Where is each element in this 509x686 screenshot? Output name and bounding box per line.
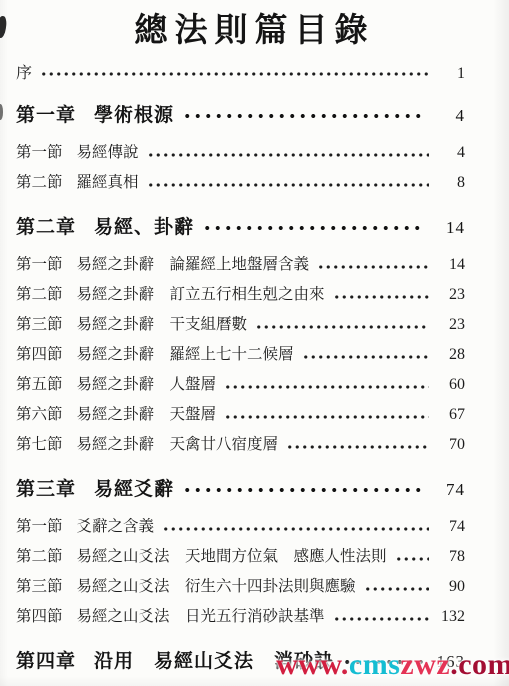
toc-entry-number: 第三節 — [16, 312, 63, 334]
toc-entry-title: 易經之山爻法 天地間方位氣 感應人性法則 — [77, 544, 387, 566]
watermark-segment: .com — [450, 648, 509, 681]
toc-entry-title: 易經之卦辭 羅經上七十二候層 — [77, 342, 294, 364]
toc-entry-number: 第一節 — [16, 514, 63, 536]
watermark-segment: www. — [276, 648, 349, 681]
toc-entry-title: 易經傳說 — [77, 140, 139, 162]
toc-entry-title: 序 — [16, 60, 32, 83]
toc-entry-title: 易經之卦辭 人盤層 — [77, 372, 217, 394]
dot-leader — [286, 443, 429, 451]
toc-row: 第七節 易經之卦辭 天禽廿八宿度層 70 — [16, 432, 465, 462]
toc-entry-title: 易經之卦辭 干支組曆數 — [77, 312, 248, 334]
toc-row: 第一節 爻辭之含義 74 — [16, 514, 465, 544]
toc-entry-number: 第三章 — [16, 474, 76, 501]
toc-entry-number: 第一章 — [16, 100, 76, 127]
toc-entry-title: 易經之卦辭 天盤層 — [77, 402, 217, 424]
dot-leader — [40, 70, 429, 78]
dot-leader — [147, 151, 429, 159]
toc-entry-page: 14 — [435, 218, 465, 238]
toc-entry-page: 4 — [435, 106, 465, 126]
dot-leader — [147, 181, 429, 189]
dot-leader — [182, 486, 425, 494]
toc-entry-number: 第四章 — [16, 646, 76, 673]
toc-entry-number: 第三節 — [16, 574, 63, 596]
watermark: www.cmszwz.com — [276, 648, 509, 682]
toc-entry-title: 易經之山爻法 日光五行消砂訣基準 — [77, 604, 325, 626]
toc-entry-page: 4 — [435, 144, 465, 162]
dot-leader — [333, 615, 429, 623]
toc-entry-page: 74 — [435, 480, 465, 500]
dot-leader — [364, 585, 429, 593]
toc-entry-page: 8 — [435, 174, 465, 192]
toc-entry-number: 第二章 — [16, 212, 76, 239]
toc-entry-page: 90 — [435, 578, 465, 596]
toc-entry-page: 132 — [435, 608, 465, 626]
dot-leader — [255, 323, 429, 331]
toc-entry-page: 14 — [435, 256, 465, 274]
toc-row: 第一章 學術根源 4 — [16, 100, 465, 132]
toc-row: 第四節 易經之山爻法 日光五行消砂訣基準 132 — [16, 604, 465, 634]
toc-row: 第一節 易經傳說 4 — [16, 140, 465, 170]
toc-row: 第一節 易經之卦辭 論羅經上地盤層含義 14 — [16, 252, 465, 282]
toc-row: 第三章 易經爻辭 74 — [16, 474, 465, 506]
toc-entry-number: 第五節 — [16, 372, 63, 394]
toc-entry-page: 78 — [435, 548, 465, 566]
toc-entry-page: 74 — [435, 518, 465, 536]
toc-entry-page: 70 — [435, 436, 465, 454]
toc-entry-number: 第一節 — [16, 252, 63, 274]
dot-leader — [224, 383, 429, 391]
page-title: 總法則篇目錄 — [0, 10, 509, 50]
toc-entry-number: 第二節 — [16, 282, 63, 304]
toc-row: 第五節 易經之卦辭 人盤層 60 — [16, 372, 465, 402]
toc-entry-page: 23 — [435, 316, 465, 334]
toc-row: 第三節 易經之卦辭 干支組曆數 23 — [16, 312, 465, 342]
toc-entry-title: 易經之山爻法 衍生六十四卦法則與應驗 — [77, 574, 356, 596]
toc-entry-title: 易經、卦辭 — [94, 212, 194, 239]
toc-entry-title: 學術根源 — [94, 100, 174, 127]
toc-entry-number: 第四節 — [16, 342, 63, 364]
toc-entry-page: 1 — [435, 65, 465, 83]
toc-entry-page: 23 — [435, 286, 465, 304]
dot-leader — [182, 112, 425, 120]
toc-entry-title: 易經之卦辭 訂立五行相生剋之由來 — [77, 282, 325, 304]
toc-row: 第六節 易經之卦辭 天盤層 67 — [16, 402, 465, 432]
toc-row: 第二節 易經之卦辭 訂立五行相生剋之由來 23 — [16, 282, 465, 312]
toc-entry-number: 第六節 — [16, 402, 63, 424]
toc-entry-page: 67 — [435, 406, 465, 424]
toc-entry-number: 第七節 — [16, 432, 63, 454]
toc-entry-page: 60 — [435, 376, 465, 394]
toc-entry-title: 易經爻辭 — [94, 474, 174, 501]
dot-leader — [395, 555, 429, 563]
dot-leader — [202, 224, 425, 232]
scanned-toc-page: 總法則篇目錄 序 1 第一章 學術根源 4 第一節 易經傳說 4 第二節 羅經真… — [0, 0, 509, 686]
dot-leader — [302, 353, 429, 361]
toc-entry-title: 羅經真相 — [77, 170, 139, 192]
scan-ink-speck — [0, 104, 3, 120]
toc-entry-number: 第一節 — [16, 140, 63, 162]
toc-row: 第二章 易經、卦辭 14 — [16, 212, 465, 244]
dot-leader — [224, 413, 429, 421]
toc-entry-title: 易經之卦辭 天禽廿八宿度層 — [77, 432, 279, 454]
watermark-segment: cms — [349, 648, 400, 681]
toc-entry-number: 第四節 — [16, 604, 63, 626]
toc-row: 第三節 易經之山爻法 衍生六十四卦法則與應驗 90 — [16, 574, 465, 604]
toc-entry-number: 第二節 — [16, 170, 63, 192]
toc-row: 序 1 — [16, 60, 465, 88]
toc-entry-title: 易經之卦辭 論羅經上地盤層含義 — [77, 252, 310, 274]
dot-leader — [162, 525, 429, 533]
toc-row: 第四節 易經之卦辭 羅經上七十二候層 28 — [16, 342, 465, 372]
toc-entry-page: 28 — [435, 346, 465, 364]
dot-leader — [333, 293, 429, 301]
toc-entry-number: 第二節 — [16, 544, 63, 566]
toc-row: 第二節 易經之山爻法 天地間方位氣 感應人性法則 78 — [16, 544, 465, 574]
watermark-segment: zwz — [400, 648, 450, 681]
toc-entry-title: 爻辭之含義 — [77, 514, 155, 536]
toc-row: 第二節 羅經真相 8 — [16, 170, 465, 200]
dot-leader — [317, 263, 429, 271]
